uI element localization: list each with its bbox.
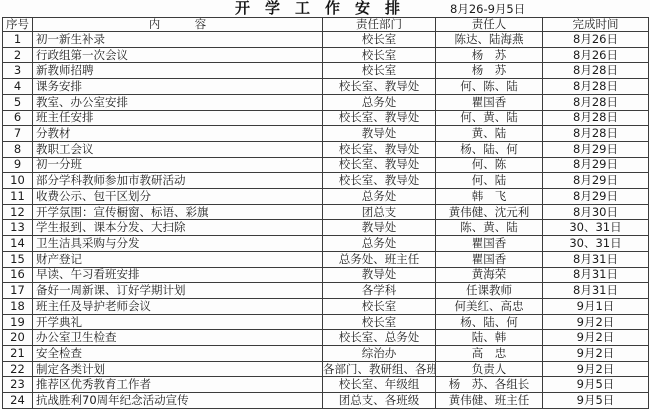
cell-task-content: 班主任及导护老师会议	[33, 298, 323, 314]
cell-serial-number: 17	[3, 283, 33, 299]
cell-person: 瞿国香	[436, 94, 543, 110]
cell-department: 校长室、教导处	[323, 110, 436, 126]
cell-completion-time: 8月29日	[543, 189, 649, 205]
cell-person: 杨、陆、何	[436, 141, 543, 157]
cell-department: 校长室、教导处	[323, 157, 436, 173]
cell-department: 校长室、教导处	[323, 141, 436, 157]
table-row: 6 班主任安排 校长室、教导处 何、黄、陆 8月28日	[3, 110, 649, 126]
cell-person: 何美红、高忠	[436, 298, 543, 314]
cell-serial-number: 10	[3, 173, 33, 189]
cell-department: 校长室、教导处	[323, 79, 436, 95]
cell-person: 黄伟健、班主任	[436, 393, 543, 409]
cell-task-content: 卫生洁具采购与分发	[33, 236, 323, 252]
cell-completion-time: 8月28日	[543, 94, 649, 110]
cell-department: 校长室、总务处	[323, 330, 436, 346]
cell-completion-time: 8月28日	[543, 110, 649, 126]
table-row: 11 收费公示、包干区划分 总务处 韩 飞 8月29日	[3, 189, 649, 205]
cell-serial-number: 19	[3, 314, 33, 330]
cell-department: 校长室	[323, 63, 436, 79]
cell-serial-number: 5	[3, 94, 33, 110]
cell-serial-number: 20	[3, 330, 33, 346]
page-title: 开学工作安排	[235, 0, 415, 17]
cell-person: 陈、黄、陆	[436, 220, 543, 236]
cell-person: 杨 苏	[436, 47, 543, 63]
cell-completion-time: 8月26日	[543, 47, 649, 63]
cell-person: 何、陈、陆	[436, 79, 543, 95]
cell-completion-time: 8月28日	[543, 126, 649, 142]
cell-person: 何、陆	[436, 173, 543, 189]
table-row: 2 行政组第一次会议 校长室 杨 苏 8月26日	[3, 47, 649, 63]
cell-task-content: 备好一周新课、订好学期计划	[33, 283, 323, 299]
work-schedule-table: 序号 内 容 责任部门 责任人 完成时间 1 初一新生补录 校长室 陈达、陆海燕…	[2, 17, 649, 409]
title-bar: 开学工作安排 8月26-9月5日	[0, 0, 650, 17]
column-header-dept: 责任部门	[323, 18, 436, 32]
table-row: 10 部分学科教师参加市教研活动 校长室、教导处 何、陆 8月29日	[3, 173, 649, 189]
cell-department: 教导处	[323, 267, 436, 283]
cell-task-content: 财产登记	[33, 251, 323, 267]
cell-task-content: 早读、午习看班安排	[33, 267, 323, 283]
column-header-person: 责任人	[436, 18, 543, 32]
table-row: 24 抗战胜利70周年纪念活动宣传 团总支、各班级 黄伟健、班主任 9月5日	[3, 393, 649, 409]
cell-serial-number: 11	[3, 189, 33, 205]
cell-completion-time: 8月29日	[543, 173, 649, 189]
table-row: 12 开学氛围：宣传橱窗、标语、彩旗 团总支 黄伟健、沈元利 8月30日	[3, 204, 649, 220]
cell-completion-time: 30、31日	[543, 236, 649, 252]
cell-completion-time: 9月2日	[543, 361, 649, 377]
cell-department: 总务处、班主任	[323, 251, 436, 267]
cell-completion-time: 8月30日	[543, 204, 649, 220]
cell-serial-number: 2	[3, 47, 33, 63]
cell-serial-number: 6	[3, 110, 33, 126]
cell-task-content: 初一新生补录	[33, 32, 323, 48]
cell-completion-time: 8月26日	[543, 32, 649, 48]
table-row: 8 教职工会议 校长室、教导处 杨、陆、何 8月29日	[3, 141, 649, 157]
cell-task-content: 新教师招聘	[33, 63, 323, 79]
cell-person: 瞿国香	[436, 251, 543, 267]
cell-department: 校长室	[323, 298, 436, 314]
table-row: 22 制定各类计划 各部门、教研组、各班 负责人 9月2日	[3, 361, 649, 377]
cell-serial-number: 16	[3, 267, 33, 283]
column-header-content: 内 容	[33, 18, 323, 32]
table-row: 1 初一新生补录 校长室 陈达、陆海燕 8月26日	[3, 32, 649, 48]
cell-serial-number: 23	[3, 377, 33, 393]
cell-department: 各部门、教研组、各班	[323, 361, 436, 377]
cell-department: 综治办	[323, 346, 436, 362]
cell-completion-time: 30、31日	[543, 220, 649, 236]
cell-task-content: 抗战胜利70周年纪念活动宣传	[33, 393, 323, 409]
table-row: 15 财产登记 总务处、班主任 瞿国香 8月31日	[3, 251, 649, 267]
cell-task-content: 开学氛围：宣传橱窗、标语、彩旗	[33, 204, 323, 220]
table-row: 21 安全检查 综治办 高 忠 9月2日	[3, 346, 649, 362]
cell-person: 何、黄、陆	[436, 110, 543, 126]
cell-department: 教导处	[323, 220, 436, 236]
column-header-time: 完成时间	[543, 18, 649, 32]
cell-department: 总务处	[323, 236, 436, 252]
cell-department: 总务处	[323, 189, 436, 205]
cell-serial-number: 8	[3, 141, 33, 157]
cell-completion-time: 9月5日	[543, 377, 649, 393]
cell-person: 负责人	[436, 361, 543, 377]
cell-task-content: 推荐区优秀教育工作者	[33, 377, 323, 393]
cell-completion-time: 9月2日	[543, 330, 649, 346]
cell-task-content: 收费公示、包干区划分	[33, 189, 323, 205]
cell-department: 团总支	[323, 204, 436, 220]
table-row: 20 办公室卫生检查 校长室、总务处 陆、韩 9月2日	[3, 330, 649, 346]
cell-completion-time: 8月29日	[543, 157, 649, 173]
cell-person: 黄伟健、沈元利	[436, 204, 543, 220]
cell-department: 校长室	[323, 47, 436, 63]
cell-person: 黄、陆	[436, 126, 543, 142]
table-row: 13 学生报到、课本分发、大扫除 教导处 陈、黄、陆 30、31日	[3, 220, 649, 236]
cell-department: 校长室、教导处	[323, 173, 436, 189]
cell-task-content: 部分学科教师参加市教研活动	[33, 173, 323, 189]
cell-task-content: 办公室卫生检查	[33, 330, 323, 346]
cell-task-content: 课务安排	[33, 79, 323, 95]
cell-department: 各学科	[323, 283, 436, 299]
cell-completion-time: 8月28日	[543, 63, 649, 79]
cell-person: 瞿国香	[436, 236, 543, 252]
table-body: 1 初一新生补录 校长室 陈达、陆海燕 8月26日 2 行政组第一次会议 校长室…	[3, 32, 649, 409]
cell-person: 陈达、陆海燕	[436, 32, 543, 48]
cell-completion-time: 8月31日	[543, 251, 649, 267]
cell-person: 黄海荣	[436, 267, 543, 283]
cell-completion-time: 9月5日	[543, 393, 649, 409]
cell-person: 杨 苏	[436, 63, 543, 79]
table-row: 23 推荐区优秀教育工作者 校长室、年级组 杨 苏、各组长 9月5日	[3, 377, 649, 393]
cell-completion-time: 8月28日	[543, 79, 649, 95]
cell-completion-time: 9月1日	[543, 298, 649, 314]
table-row: 5 教室、办公室安排 总务处 瞿国香 8月28日	[3, 94, 649, 110]
table-row: 19 开学典礼 校长室 杨、陆、何 9月2日	[3, 314, 649, 330]
cell-completion-time: 8月29日	[543, 141, 649, 157]
cell-person: 陆、韩	[436, 330, 543, 346]
cell-serial-number: 1	[3, 32, 33, 48]
cell-task-content: 初一分班	[33, 157, 323, 173]
cell-department: 校长室	[323, 314, 436, 330]
cell-person: 韩 飞	[436, 189, 543, 205]
cell-serial-number: 4	[3, 79, 33, 95]
cell-serial-number: 14	[3, 236, 33, 252]
table-row: 14 卫生洁具采购与分发 总务处 瞿国香 30、31日	[3, 236, 649, 252]
cell-serial-number: 15	[3, 251, 33, 267]
cell-serial-number: 21	[3, 346, 33, 362]
cell-serial-number: 22	[3, 361, 33, 377]
cell-department: 总务处	[323, 94, 436, 110]
document-page: 开学工作安排 8月26-9月5日 序号 内 容 责任部门 责任人 完成时间 1 …	[0, 0, 650, 410]
cell-person: 高 忠	[436, 346, 543, 362]
cell-serial-number: 18	[3, 298, 33, 314]
cell-completion-time: 9月2日	[543, 346, 649, 362]
cell-task-content: 班主任安排	[33, 110, 323, 126]
cell-task-content: 安全检查	[33, 346, 323, 362]
cell-task-content: 教室、办公室安排	[33, 94, 323, 110]
cell-task-content: 分教材	[33, 126, 323, 142]
cell-department: 校长室	[323, 32, 436, 48]
cell-serial-number: 9	[3, 157, 33, 173]
column-header-no: 序号	[3, 18, 33, 32]
cell-person: 任课教师	[436, 283, 543, 299]
cell-completion-time: 8月31日	[543, 283, 649, 299]
cell-department: 教导处	[323, 126, 436, 142]
table-row: 7 分教材 教导处 黄、陆 8月28日	[3, 126, 649, 142]
table-row: 9 初一分班 校长室、教导处 何、陈 8月29日	[3, 157, 649, 173]
cell-completion-time: 9月2日	[543, 314, 649, 330]
date-range-label: 8月26-9月5日	[450, 1, 525, 17]
cell-serial-number: 12	[3, 204, 33, 220]
cell-person: 何、陈	[436, 157, 543, 173]
table-row: 3 新教师招聘 校长室 杨 苏 8月28日	[3, 63, 649, 79]
cell-completion-time: 8月31日	[543, 267, 649, 283]
table-row: 18 班主任及导护老师会议 校长室 何美红、高忠 9月1日	[3, 298, 649, 314]
cell-department: 校长室、年级组	[323, 377, 436, 393]
cell-person: 杨、陆、何	[436, 314, 543, 330]
cell-department: 团总支、各班级	[323, 393, 436, 409]
cell-task-content: 开学典礼	[33, 314, 323, 330]
cell-person: 杨 苏、各组长	[436, 377, 543, 393]
table-row: 16 早读、午习看班安排 教导处 黄海荣 8月31日	[3, 267, 649, 283]
cell-task-content: 学生报到、课本分发、大扫除	[33, 220, 323, 236]
cell-task-content: 行政组第一次会议	[33, 47, 323, 63]
header-row: 序号 内 容 责任部门 责任人 完成时间	[3, 18, 649, 32]
cell-serial-number: 13	[3, 220, 33, 236]
cell-task-content: 教职工会议	[33, 141, 323, 157]
cell-task-content: 制定各类计划	[33, 361, 323, 377]
cell-serial-number: 7	[3, 126, 33, 142]
cell-serial-number: 3	[3, 63, 33, 79]
table-row: 4 课务安排 校长室、教导处 何、陈、陆 8月28日	[3, 79, 649, 95]
cell-serial-number: 24	[3, 393, 33, 409]
table-row: 17 备好一周新课、订好学期计划 各学科 任课教师 8月31日	[3, 283, 649, 299]
